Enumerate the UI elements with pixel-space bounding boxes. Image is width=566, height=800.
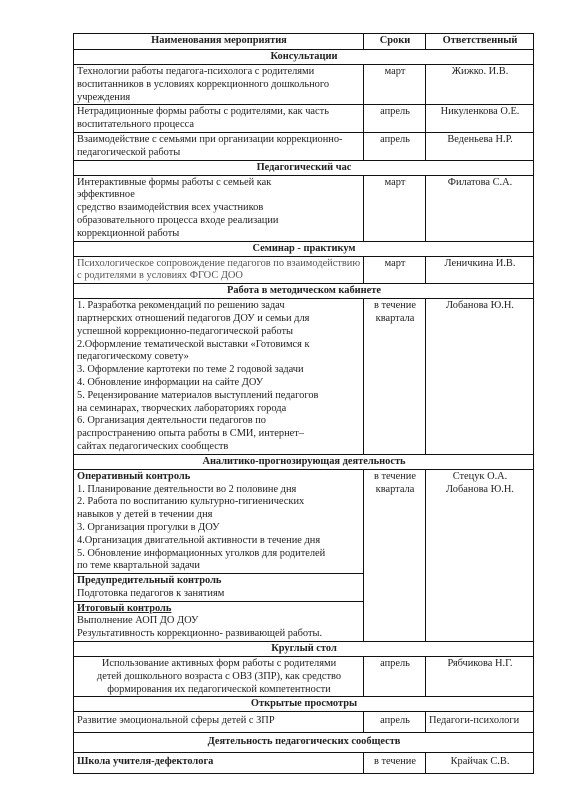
event-responsible: Никуленкова О.Е.	[426, 105, 534, 133]
event-plan-table: Наименования мероприятия Сроки Ответстве…	[73, 33, 534, 774]
section-row: Аналитико-прогнозирующая деятельность	[74, 454, 534, 469]
table-row: Развитие эмоциональной сферы детей с ЗПР…	[74, 712, 534, 733]
event-responsible: Педагоги-психологи	[426, 712, 534, 733]
control-line: 4.Организация двигательной активности в …	[77, 535, 361, 548]
control-block-preventive: Предупредительный контроль Подготовка пе…	[74, 574, 364, 602]
event-name: Развитие эмоциональной сферы детей с ЗПР	[74, 712, 364, 733]
table-row: 1. Разработка рекомендаций по решению за…	[74, 299, 534, 455]
event-dates: апрель	[364, 105, 426, 133]
table-row: Школа учителя-дефектолога в течение Край…	[74, 753, 534, 774]
event-responsible: Стецук О.А. Лобанова Ю.Н.	[426, 469, 534, 641]
event-line: 5. Рецензирование материалов выступлений…	[77, 390, 361, 403]
event-line: 2.Оформление тематической выставки «Гото…	[77, 339, 361, 352]
event-line: успешной коррекционно-педагогической раб…	[77, 326, 361, 339]
section-title-round-table: Круглый стол	[74, 642, 534, 657]
control-line: 3. Организация прогулки в ДОУ	[77, 522, 361, 535]
section-row: Семинар - практикум	[74, 241, 534, 256]
event-line: образовательного процесса вxоде реализац…	[77, 215, 361, 228]
event-line: эффективное	[77, 189, 361, 202]
section-title-ped-hour: Педагогический час	[74, 160, 534, 175]
event-line: детей дошкольного возраста с ОВЗ (ЗПР), …	[77, 671, 361, 684]
header-name: Наименования мероприятия	[74, 34, 364, 50]
table-row: Оперативный контроль 1. Планирование дея…	[74, 469, 534, 573]
event-responsible: Крайчак С.В.	[426, 753, 534, 774]
table-row: Взаимодействие с семьями при организации…	[74, 132, 534, 160]
event-dates: апрель	[364, 657, 426, 697]
section-title-analytics: Аналитико-прогнозирующая деятельность	[74, 454, 534, 469]
table-row: Психологическое сопровождение педагогов …	[74, 256, 534, 284]
section-row: Педагогический час	[74, 160, 534, 175]
section-row: Открытые просмотры	[74, 697, 534, 712]
event-line: коррекционной работы	[77, 228, 361, 241]
control-block-final: Итоговый контроль Выполнение АОП ДО ДОУ …	[74, 601, 364, 641]
header-dates: Сроки	[364, 34, 426, 50]
control-line: 5. Обновление информационных уголков для…	[77, 548, 361, 561]
section-row: Работа в методическом кабинете	[74, 284, 534, 299]
header-responsible: Ответственный	[426, 34, 534, 50]
table-row: Интерактивные формы работы с семьей как …	[74, 175, 534, 241]
event-responsible: Веденьева Н.Р.	[426, 132, 534, 160]
event-name: 1. Разработка рекомендаций по решению за…	[74, 299, 364, 455]
event-dates: апрель	[364, 712, 426, 733]
event-name: Использование активных форм работы с род…	[74, 657, 364, 697]
control-block-operational: Оперативный контроль 1. Планирование дея…	[74, 469, 364, 573]
event-line: формирования их педагогической компетент…	[77, 684, 361, 697]
control-line: 1. Планирование деятельности во 2 полови…	[77, 484, 361, 497]
event-line: Интерактивные формы работы с семьей как	[77, 177, 361, 190]
event-dates: март	[364, 256, 426, 284]
table-row: Использование активных форм работы с род…	[74, 657, 534, 697]
event-line: партнерских отношений педагогов ДОУ и се…	[77, 313, 361, 326]
event-responsible: Жижко. И.В.	[426, 65, 534, 105]
event-dates: март	[364, 65, 426, 105]
section-title-consultations: Консультации	[74, 50, 534, 65]
section-title-seminar: Семинар - практикум	[74, 241, 534, 256]
control-line: навыков у детей в течении дня	[77, 509, 361, 522]
event-name: Интерактивные формы работы с семьей как …	[74, 175, 364, 241]
event-line: на семинарах, творческих лабораториях го…	[77, 403, 361, 416]
event-name: Нетрадиционные формы работы с родителями…	[74, 105, 364, 133]
event-line: 1. Разработка рекомендаций по решению за…	[77, 300, 361, 313]
control-line: Выполнение АОП ДО ДОУ	[77, 615, 361, 628]
section-title-method-room: Работа в методическом кабинете	[74, 284, 534, 299]
section-row: Круглый стол	[74, 642, 534, 657]
event-dates: март	[364, 175, 426, 241]
control-heading: Оперативный контроль	[77, 471, 361, 484]
table-row: Нетрадиционные формы работы с родителями…	[74, 105, 534, 133]
event-dates: в течение	[364, 753, 426, 774]
control-heading: Итоговый контроль	[77, 603, 361, 616]
control-heading: Предупредительный контроль	[77, 575, 361, 588]
event-name: Психологическое сопровождение педагогов …	[74, 256, 364, 284]
control-line: 2. Работа по воспитанию культурно-гигиен…	[77, 496, 361, 509]
event-line: 4. Обновление информации на сайте ДОУ	[77, 377, 361, 390]
event-dates: в течение квартала	[364, 469, 426, 641]
section-title-communities: Деятельность педагогических сообществ	[74, 733, 534, 753]
event-line: 3. Оформление картотеки по теме 2 годово…	[77, 364, 361, 377]
event-dates: апрель	[364, 132, 426, 160]
section-row: Деятельность педагогических сообществ	[74, 733, 534, 753]
event-name: Технологии работы педагога-психолога с р…	[74, 65, 364, 105]
event-line: сайтах педагогических сообществ	[77, 441, 361, 454]
section-row: Консультации	[74, 50, 534, 65]
event-responsible: Рябчикова Н.Г.	[426, 657, 534, 697]
control-line: по теме квартальной задачи	[77, 560, 361, 573]
event-line: педагогическому совету»	[77, 351, 361, 364]
event-line: Использование активных форм работы с род…	[77, 658, 361, 671]
event-responsible: Леничкина И.В.	[426, 256, 534, 284]
event-text: Взаимодействие с семьями при организации…	[77, 134, 361, 160]
event-line: средство взаимодействия всех участников	[77, 202, 361, 215]
event-name: Школа учителя-дефектолога	[74, 753, 364, 774]
event-name: Взаимодействие с семьями при организации…	[74, 132, 364, 160]
event-dates: в течение квартала	[364, 299, 426, 455]
section-title-open-views: Открытые просмотры	[74, 697, 534, 712]
control-line: Подготовка педагогов к занятиям	[77, 588, 361, 601]
event-responsible: Филатова С.А.	[426, 175, 534, 241]
table-row: Технологии работы педагога-психолога с р…	[74, 65, 534, 105]
table-header-row: Наименования мероприятия Сроки Ответстве…	[74, 34, 534, 50]
event-responsible: Лобанова Ю.Н.	[426, 299, 534, 455]
control-line: Результативность коррекционно- развивающ…	[77, 628, 361, 641]
responsible-person: Лобанова Ю.Н.	[429, 484, 531, 497]
event-line: распространению опыта работы в СМИ, инте…	[77, 428, 361, 441]
event-line: 6. Организация деятельности педагогов по	[77, 415, 361, 428]
responsible-person: Стецук О.А.	[429, 471, 531, 484]
